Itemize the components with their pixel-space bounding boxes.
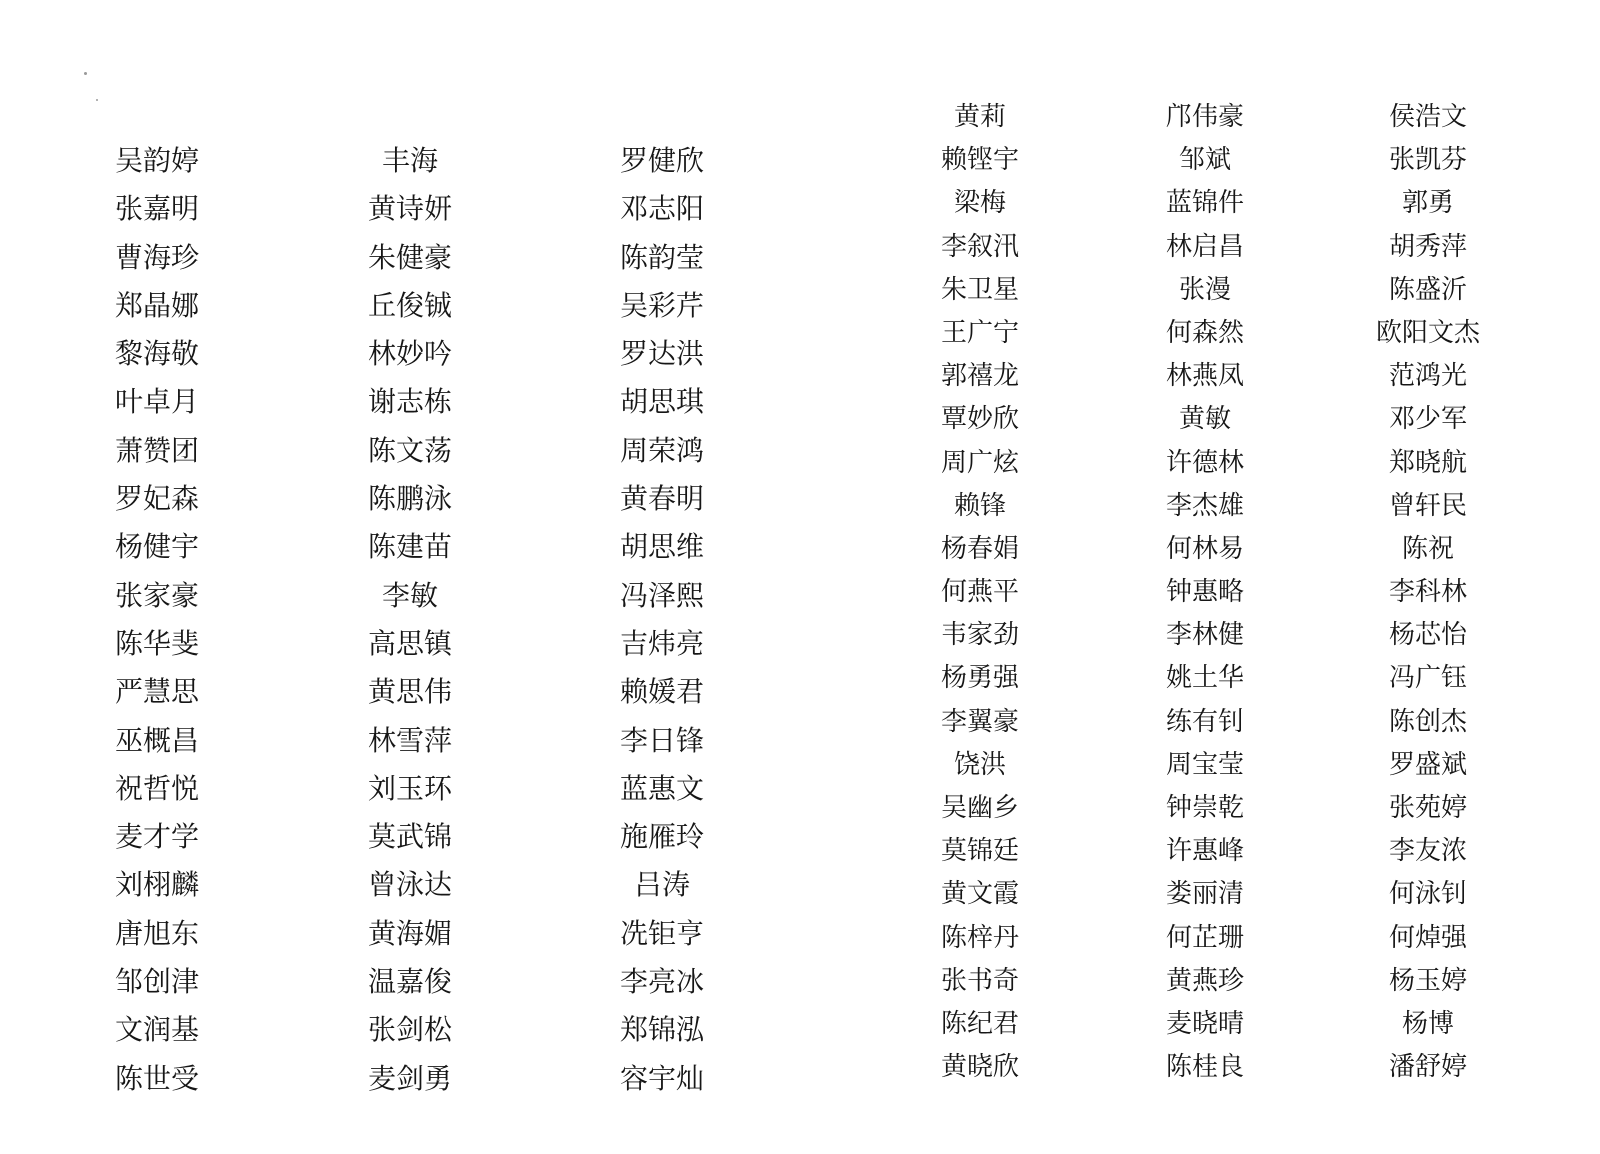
person-name: 黄文霞	[860, 873, 1100, 916]
name-column-6: 侯浩文张凯芬郭勇胡秀萍陈盛沂欧阳文杰范鸿光邓少军郑晓航曾轩民陈祝李科林杨芯怡冯广…	[1308, 96, 1548, 1089]
person-name: 陈创杰	[1308, 701, 1548, 744]
name-column-2: 丰海黄诗妍朱健豪丘俊铖林妙吟谢志栋陈文荡陈鹏泳陈建苗李敏高思镇黄思伟林雪萍刘玉环…	[290, 137, 530, 1103]
person-name: 梁梅	[860, 182, 1100, 225]
person-name: 陈纪君	[860, 1003, 1100, 1046]
person-name: 罗健欣	[542, 137, 782, 185]
person-name: 高思镇	[290, 620, 530, 668]
person-name: 郑晶娜	[37, 282, 277, 330]
person-name: 陈世受	[37, 1055, 277, 1103]
person-name: 欧阳文杰	[1308, 312, 1548, 355]
person-name: 黄燕珍	[1085, 960, 1325, 1003]
person-name: 蓝惠文	[542, 765, 782, 813]
person-name: 陈建苗	[290, 523, 530, 571]
person-name: 叶卓月	[37, 378, 277, 426]
person-name: 李友浓	[1308, 830, 1548, 873]
person-name: 赖媛君	[542, 668, 782, 716]
name-roster-page: 吴韵婷张嘉明曹海珍郑晶娜黎海敬叶卓月萧赞团罗妃森杨健宇张家豪陈华斐严慧思巫概昌祝…	[0, 0, 1600, 1154]
person-name: 陈盛沂	[1308, 269, 1548, 312]
person-name: 张漫	[1085, 269, 1325, 312]
person-name: 巫概昌	[37, 717, 277, 765]
person-name: 陈文荡	[290, 427, 530, 475]
person-name: 李翼豪	[860, 701, 1100, 744]
person-name: 何燕平	[860, 571, 1100, 614]
person-name: 娄丽清	[1085, 873, 1325, 916]
person-name: 温嘉俊	[290, 958, 530, 1006]
name-column-3: 罗健欣邓志阳陈韵莹吴彩芹罗达洪胡思琪周荣鸿黄春明胡思维冯泽熙吉炜亮赖媛君李日锋蓝…	[542, 137, 782, 1103]
name-column-1: 吴韵婷张嘉明曹海珍郑晶娜黎海敬叶卓月萧赞团罗妃森杨健宇张家豪陈华斐严慧思巫概昌祝…	[37, 137, 277, 1103]
person-name: 冼钜亨	[542, 910, 782, 958]
person-name: 范鸿光	[1308, 355, 1548, 398]
person-name: 杨健宇	[37, 523, 277, 571]
person-name: 邹斌	[1085, 139, 1325, 182]
person-name: 麦剑勇	[290, 1055, 530, 1103]
person-name: 麦才学	[37, 813, 277, 861]
person-name: 张凯芬	[1308, 139, 1548, 182]
scan-artifact-dot	[84, 72, 87, 75]
person-name: 黎海敬	[37, 330, 277, 378]
person-name: 黄莉	[860, 96, 1100, 139]
person-name: 胡秀萍	[1308, 226, 1548, 269]
person-name: 朱卫星	[860, 269, 1100, 312]
person-name: 许惠峰	[1085, 830, 1325, 873]
scan-artifact-dot	[96, 99, 98, 101]
person-name: 郑锦泓	[542, 1006, 782, 1054]
person-name: 钟惠略	[1085, 571, 1325, 614]
person-name: 潘舒婷	[1308, 1046, 1548, 1089]
person-name: 唐旭东	[37, 910, 277, 958]
person-name: 杨春娟	[860, 528, 1100, 571]
person-name: 麦晓晴	[1085, 1003, 1325, 1046]
person-name: 赖铿宇	[860, 139, 1100, 182]
person-name: 邓少军	[1308, 398, 1548, 441]
person-name: 郭禧龙	[860, 355, 1100, 398]
name-column-4: 黄莉赖铿宇梁梅李叙汛朱卫星王广宁郭禧龙覃妙欣周广炫赖锋杨春娟何燕平韦家劲杨勇强李…	[860, 96, 1100, 1089]
person-name: 李叙汛	[860, 226, 1100, 269]
person-name: 吴韵婷	[37, 137, 277, 185]
person-name: 饶洪	[860, 744, 1100, 787]
person-name: 何焯强	[1308, 917, 1548, 960]
person-name: 张书奇	[860, 960, 1100, 1003]
person-name: 杨玉婷	[1308, 960, 1548, 1003]
person-name: 杨芯怡	[1308, 614, 1548, 657]
person-name: 覃妙欣	[860, 398, 1100, 441]
person-name: 李科林	[1308, 571, 1548, 614]
person-name: 陈祝	[1308, 528, 1548, 571]
person-name: 罗达洪	[542, 330, 782, 378]
person-name: 王广宁	[860, 312, 1100, 355]
person-name: 邝伟豪	[1085, 96, 1325, 139]
person-name: 李杰雄	[1085, 485, 1325, 528]
person-name: 张嘉明	[37, 185, 277, 233]
person-name: 莫武锦	[290, 813, 530, 861]
person-name: 李林健	[1085, 614, 1325, 657]
person-name: 陈华斐	[37, 620, 277, 668]
person-name: 丰海	[290, 137, 530, 185]
person-name: 张家豪	[37, 572, 277, 620]
person-name: 杨博	[1308, 1003, 1548, 1046]
person-name: 曾泳达	[290, 861, 530, 909]
person-name: 张剑松	[290, 1006, 530, 1054]
person-name: 张苑婷	[1308, 787, 1548, 830]
person-name: 黄敏	[1085, 398, 1325, 441]
person-name: 陈梓丹	[860, 917, 1100, 960]
person-name: 胡思琪	[542, 378, 782, 426]
person-name: 周广炫	[860, 442, 1100, 485]
person-name: 吴幽乡	[860, 787, 1100, 830]
person-name: 林雪萍	[290, 717, 530, 765]
person-name: 谢志栋	[290, 378, 530, 426]
person-name: 邓志阳	[542, 185, 782, 233]
person-name: 文润基	[37, 1006, 277, 1054]
person-name: 容宇灿	[542, 1055, 782, 1103]
person-name: 朱健豪	[290, 234, 530, 282]
person-name: 冯泽熙	[542, 572, 782, 620]
person-name: 林妙吟	[290, 330, 530, 378]
person-name: 赖锋	[860, 485, 1100, 528]
person-name: 邹创津	[37, 958, 277, 1006]
person-name: 侯浩文	[1308, 96, 1548, 139]
person-name: 黄海媚	[290, 910, 530, 958]
person-name: 郭勇	[1308, 182, 1548, 225]
person-name: 祝哲悦	[37, 765, 277, 813]
person-name: 黄诗妍	[290, 185, 530, 233]
person-name: 冯广钰	[1308, 657, 1548, 700]
person-name: 曾轩民	[1308, 485, 1548, 528]
person-name: 刘栩麟	[37, 861, 277, 909]
person-name: 林燕凤	[1085, 355, 1325, 398]
person-name: 黄春明	[542, 475, 782, 523]
person-name: 许德林	[1085, 442, 1325, 485]
person-name: 何森然	[1085, 312, 1325, 355]
person-name: 曹海珍	[37, 234, 277, 282]
person-name: 吴彩芹	[542, 282, 782, 330]
person-name: 刘玉环	[290, 765, 530, 813]
person-name: 胡思维	[542, 523, 782, 571]
person-name: 何林易	[1085, 528, 1325, 571]
person-name: 黄思伟	[290, 668, 530, 716]
person-name: 莫锦廷	[860, 830, 1100, 873]
person-name: 何泳钊	[1308, 873, 1548, 916]
person-name: 韦家劲	[860, 614, 1100, 657]
person-name: 钟崇乾	[1085, 787, 1325, 830]
person-name: 郑晓航	[1308, 442, 1548, 485]
person-name: 陈鹏泳	[290, 475, 530, 523]
person-name: 丘俊铖	[290, 282, 530, 330]
name-column-5: 邝伟豪邹斌蓝锦件林启昌张漫何森然林燕凤黄敏许德林李杰雄何林易钟惠略李林健姚土华练…	[1085, 96, 1325, 1089]
person-name: 姚土华	[1085, 657, 1325, 700]
person-name: 黄晓欣	[860, 1046, 1100, 1089]
person-name: 练有钊	[1085, 701, 1325, 744]
person-name: 施雁玲	[542, 813, 782, 861]
person-name: 严慧思	[37, 668, 277, 716]
person-name: 林启昌	[1085, 226, 1325, 269]
person-name: 李敏	[290, 572, 530, 620]
person-name: 陈韵莹	[542, 234, 782, 282]
person-name: 吉炜亮	[542, 620, 782, 668]
person-name: 周荣鸿	[542, 427, 782, 475]
person-name: 陈桂良	[1085, 1046, 1325, 1089]
person-name: 李日锋	[542, 717, 782, 765]
person-name: 周宝莹	[1085, 744, 1325, 787]
person-name: 罗妃森	[37, 475, 277, 523]
person-name: 萧赞团	[37, 427, 277, 475]
person-name: 罗盛斌	[1308, 744, 1548, 787]
person-name: 吕涛	[542, 861, 782, 909]
person-name: 何芷珊	[1085, 917, 1325, 960]
person-name: 李亮冰	[542, 958, 782, 1006]
person-name: 蓝锦件	[1085, 182, 1325, 225]
person-name: 杨勇强	[860, 657, 1100, 700]
